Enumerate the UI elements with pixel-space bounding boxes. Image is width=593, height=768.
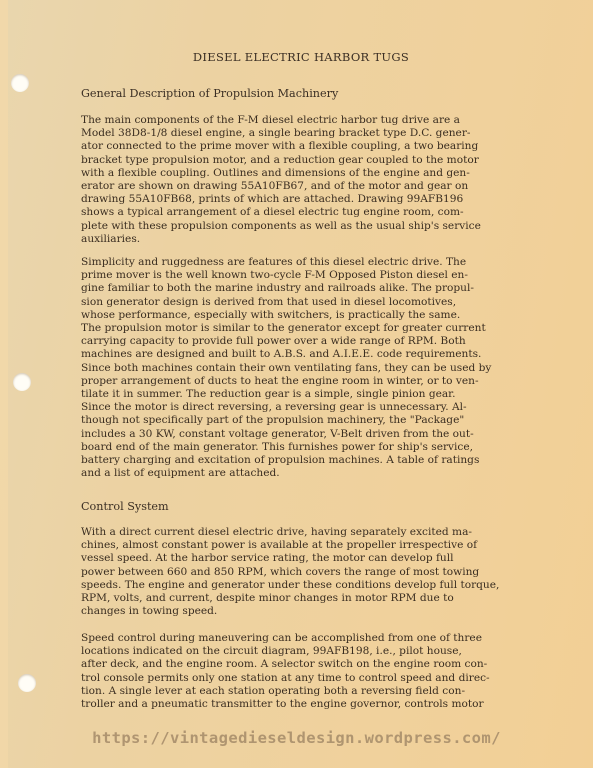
punch-hole-bottom: [18, 674, 36, 692]
text-line: though not specifically part of the prop…: [81, 414, 551, 427]
paragraph-direct-current: With a direct current diesel electric dr…: [81, 526, 551, 618]
text-line: changes in towing speed.: [81, 605, 551, 618]
text-line: prime mover is the well known two-cycle …: [81, 269, 551, 282]
paragraph-speed-control: Speed control during maneuvering can be …: [81, 632, 551, 711]
text-line: sion generator design is derived from th…: [81, 296, 551, 309]
section-heading-control: Control System: [81, 500, 169, 513]
text-line: gine familiar to both the marine industr…: [81, 282, 551, 295]
text-line: and a list of equipment are attached.: [81, 467, 551, 480]
text-line: machines are designed and built to A.B.S…: [81, 348, 551, 361]
text-line: board end of the main generator. This fu…: [81, 441, 551, 454]
text-line: shows a typical arrangement of a diesel …: [81, 206, 551, 219]
text-line: Simplicity and ruggedness are features o…: [81, 256, 551, 269]
section-heading-propulsion: General Description of Propulsion Machin…: [81, 87, 338, 100]
text-line: trol console permits only one station at…: [81, 672, 551, 685]
text-line: Model 38D8-1/8 diesel engine, a single b…: [81, 127, 551, 140]
text-line: with a flexible coupling. Outlines and d…: [81, 167, 551, 180]
paragraph-main-components: The main components of the F-M diesel el…: [81, 114, 551, 246]
text-line: includes a 30 KW, constant voltage gener…: [81, 428, 551, 441]
paragraph-simplicity: Simplicity and ruggedness are features o…: [81, 256, 551, 480]
text-line: Speed control during maneuvering can be …: [81, 632, 551, 645]
text-line: vessel speed. At the harbor service rati…: [81, 552, 551, 565]
text-line: plete with these propulsion components a…: [81, 220, 551, 233]
text-line: Since both machines contain their own ve…: [81, 362, 551, 375]
text-line: whose performance, especially with switc…: [81, 309, 551, 322]
text-line: battery charging and excitation of propu…: [81, 454, 551, 467]
punch-hole-middle: [13, 373, 31, 391]
text-line: bracket type propulsion motor, and a red…: [81, 154, 551, 167]
text-line: locations indicated on the circuit diagr…: [81, 645, 551, 658]
text-line: proper arrangement of ducts to heat the …: [81, 375, 551, 388]
text-line: power between 660 and 850 RPM, which cov…: [81, 566, 551, 579]
text-line: With a direct current diesel electric dr…: [81, 526, 551, 539]
text-line: The propulsion motor is similar to the g…: [81, 322, 551, 335]
text-line: The main components of the F-M diesel el…: [81, 114, 551, 127]
paper-edge: [0, 0, 8, 768]
text-line: auxiliaries.: [81, 233, 551, 246]
text-line: after deck, and the engine room. A selec…: [81, 658, 551, 671]
text-line: speeds. The engine and generator under t…: [81, 579, 551, 592]
text-line: tilate it in summer. The reduction gear …: [81, 388, 551, 401]
text-line: troller and a pneumatic transmitter to t…: [81, 698, 551, 711]
text-line: tion. A single lever at each station ope…: [81, 685, 551, 698]
text-line: RPM, volts, and current, despite minor c…: [81, 592, 551, 605]
document-title: DIESEL ELECTRIC HARBOR TUGS: [81, 50, 521, 64]
text-line: drawing 55A10FB68, prints of which are a…: [81, 193, 551, 206]
text-line: ator connected to the prime mover with a…: [81, 140, 551, 153]
watermark-url: https://vintagedieseldesign.wordpress.co…: [0, 729, 593, 747]
text-line: erator are shown on drawing 55A10FB67, a…: [81, 180, 551, 193]
text-line: chines, almost constant power is availab…: [81, 539, 551, 552]
text-line: Since the motor is direct reversing, a r…: [81, 401, 551, 414]
punch-hole-top: [11, 74, 29, 92]
text-line: carrying capacity to provide full power …: [81, 335, 551, 348]
